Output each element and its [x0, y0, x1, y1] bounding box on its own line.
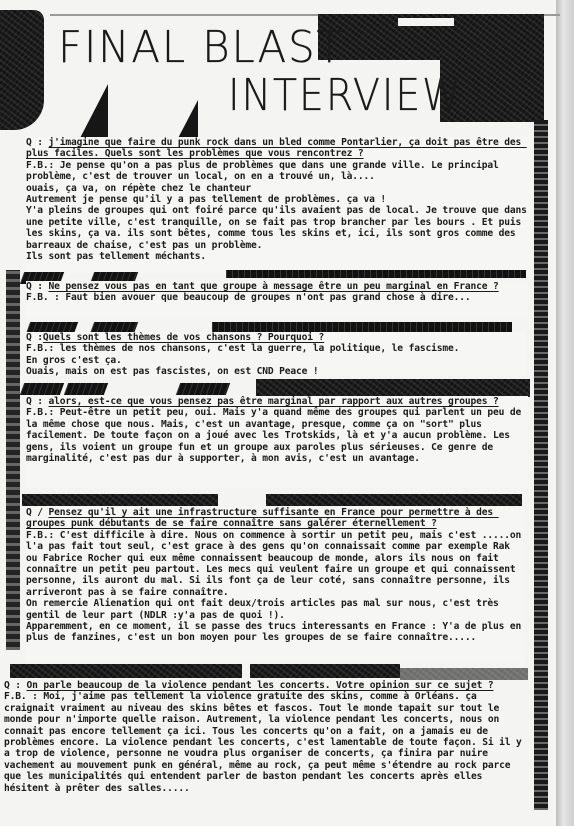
answer-text: F.B.: C'est difficile à dire. Nous on co… [26, 530, 524, 644]
question-label: Q : [26, 281, 49, 292]
separator-bar [176, 383, 230, 395]
separator-banner [266, 494, 522, 506]
page-edge [556, 0, 574, 826]
separator-banner [10, 664, 242, 678]
qa-block-2: Q : Ne pensez vous pas en tant que group… [26, 281, 528, 319]
question-label: Q : [4, 680, 27, 691]
answer-text: F.B. : Moi, j'aime pas tellement la viol… [4, 691, 532, 794]
question-label: Q / [26, 507, 49, 518]
qa-block-3: Q :Quels sont les thèmes de vos chansons… [26, 332, 526, 376]
question-label: Q : [26, 137, 49, 148]
question-label: Q : [26, 332, 43, 343]
question-text: alors, est-ce que vous pensez pas être m… [49, 396, 499, 407]
answer-text: F.B.: Peut-être un petit peu, oui. Mais … [26, 407, 528, 464]
question-text: Ne pensez vous pas en tant que groupe à … [49, 281, 499, 292]
answer-text: F.B.: Je pense qu'on a pas plus de probl… [26, 160, 532, 263]
banner-image [256, 379, 530, 397]
ink-gap [398, 18, 454, 26]
qa-block-6: Q : On parle beaucoup de la violence pen… [4, 680, 532, 820]
qa-block-4: Q : alors, est-ce que vous pensez pas êt… [26, 396, 528, 488]
separator-bar [212, 322, 512, 332]
separator-banner [400, 668, 528, 680]
separator-bar [20, 383, 64, 395]
separator-bar [226, 270, 526, 278]
question-text: j'imagine que faire du punk rock dans un… [26, 137, 527, 159]
title-final-blast: FINAL BLAST [58, 22, 344, 73]
qa-block-1: Q : j'imagine que faire du punk rock dan… [26, 137, 532, 273]
question-text: Pensez qu'il y ait une infrastructure su… [26, 507, 499, 529]
right-border-strip [534, 120, 548, 810]
qa-block-5: Q / Pensez qu'il y ait une infrastructur… [26, 507, 524, 663]
ink-left-top [0, 10, 44, 130]
separator-banner [250, 664, 400, 678]
title-interview: INTERVIEW [228, 70, 463, 121]
separator-bar [64, 383, 108, 395]
question-text: Quels sont les thèmes de vos chansons ? … [43, 332, 324, 343]
wedge-left [78, 84, 108, 142]
answer-text: F.B.: les thèmes de nos chansons, c'est … [26, 343, 526, 377]
answer-text: F.B. : Faut bien avouer que beaucoup de … [26, 292, 528, 303]
question-text: On parle beaucoup de la violence pendant… [27, 680, 494, 691]
separator-banner [22, 494, 218, 506]
left-border-strip [6, 270, 20, 650]
wedge-right [176, 100, 198, 142]
question-label: Q : [26, 396, 49, 407]
